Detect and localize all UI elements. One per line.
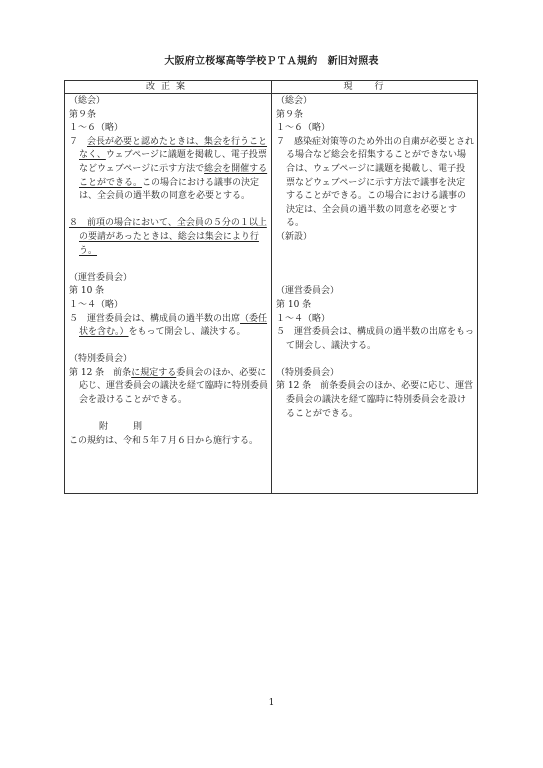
comparison-table: 改正案 現行 （総会） 第９条 １～６（略） ７ 会長が必要と認めたときは、集会… xyxy=(64,80,478,494)
clause-text: 第 12 条 前条 xyxy=(69,368,131,378)
clause-number: ７ xyxy=(69,137,87,147)
new-clause-note: （新設） xyxy=(276,231,474,245)
clause-7: ７ 感染症対策等のため外出の自粛が必要とされる場合など総会を招集することができな… xyxy=(276,136,474,231)
article-number: 第９条 xyxy=(276,109,474,123)
supplementary-text: この規約は、令和５年７月６日から施行する。 xyxy=(69,435,268,449)
document-title: 大阪府立桜塚高等学校ＰＴＡ規約 新旧対照表 xyxy=(0,52,543,67)
omitted-clauses: １～４（略） xyxy=(276,313,474,327)
header-current: 現行 xyxy=(272,81,477,94)
section-heading: （運営委員会） xyxy=(276,285,474,299)
section-heading: （特別委員会） xyxy=(276,367,474,381)
clause-8: ８ 前項の場合において、全会員の５分の１以上の要請があったときは、総会は集会によ… xyxy=(69,217,268,258)
omitted-clauses: １～４（略） xyxy=(69,299,268,313)
section-heading: （総会） xyxy=(276,95,474,109)
article-12: 第 12 条 前条委員会のほか、必要に応じ、運営委員会の議決を経て臨時に特別委員… xyxy=(276,380,474,421)
header-revised: 改正案 xyxy=(65,81,272,94)
column-divider xyxy=(271,81,272,493)
revised-column: （総会） 第９条 １～６（略） ７ 会長が必要と認めたときは、集会を行うことなく… xyxy=(69,95,268,448)
clause-7: ７ 会長が必要と認めたときは、集会を行うことなく、ウェブページに議題を掲載し、電… xyxy=(69,136,268,204)
current-column: （総会） 第９条 １～６（略） ７ 感染症対策等のため外出の自粛が必要とされる場… xyxy=(276,95,474,421)
omitted-clauses: １～６（略） xyxy=(69,122,268,136)
clause-5: ５ 運営委員会は、構成員の過半数の出席（委任状を含む。）をもって開会し、議決する… xyxy=(69,313,268,340)
clause-text: をもって開会し、議決する。 xyxy=(129,327,246,337)
supplementary-heading: 附 則 xyxy=(69,421,268,435)
article-number: 第９条 xyxy=(69,109,268,123)
section-heading: （運営委員会） xyxy=(69,272,268,286)
article-12: 第 12 条 前条に規定する委員会のほか、必要に応じ、運営委員会の議決を経て臨時… xyxy=(69,367,268,408)
clause-text: ５ 運営委員会は、構成員の過半数の出席 xyxy=(69,314,240,324)
article-number: 第 10 条 xyxy=(69,285,268,299)
section-heading: （総会） xyxy=(69,95,268,109)
clause-5: ５ 運営委員会は、構成員の過半数の出席をもって開会し、議決する。 xyxy=(276,326,474,353)
article-number: 第 10 条 xyxy=(276,299,474,313)
omitted-clauses: １～６（略） xyxy=(276,122,474,136)
page-number: 1 xyxy=(0,698,543,708)
amended-text: ８ 前項の場合において、全会員の５分の１以上の要請があったときは、総会は集会によ… xyxy=(69,218,267,255)
section-heading: （特別委員会） xyxy=(69,353,268,367)
amended-text: に規定する xyxy=(131,368,176,378)
